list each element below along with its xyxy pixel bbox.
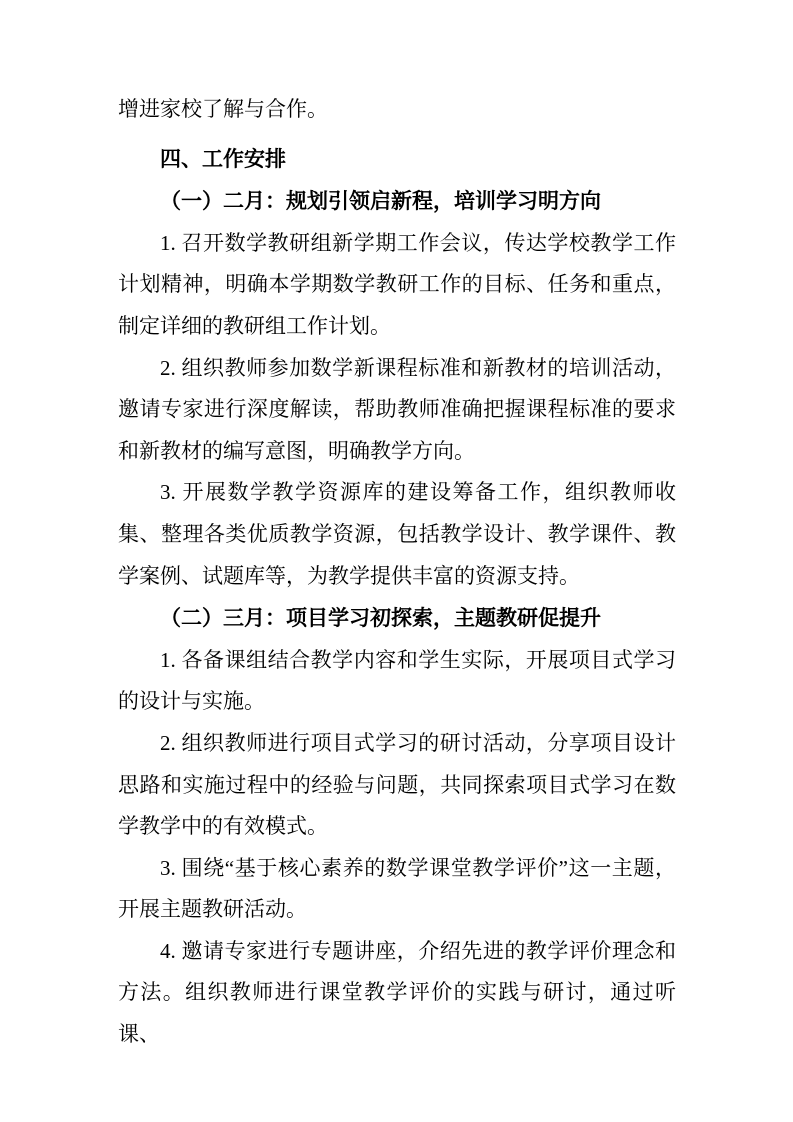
paragraph-mar-item-3: 3. 围绕“基于核心素养的数学课堂教学评价”这一主题，开展主题教研活动。 bbox=[118, 848, 676, 931]
paragraph-feb-item-3: 3. 开展数学教学资源库的建设筹备工作，组织教师收集、整理各类优质教学资源，包括… bbox=[118, 472, 676, 597]
subsection-heading-february: （一）二月：规划引领启新程，培训学习明方向 bbox=[118, 181, 676, 223]
paragraph-continuation: 增进家校了解与合作。 bbox=[118, 89, 676, 131]
paragraph-mar-item-1: 1. 各备课组结合教学内容和学生实际，开展项目式学习的设计与实施。 bbox=[118, 640, 676, 723]
subsection-heading-march: （二）三月：项目学习初探索，主题教研促提升 bbox=[118, 598, 676, 640]
paragraph-mar-item-4-cutoff: 4. 邀请专家进行专题讲座，介绍先进的教学评价理念和方法。组织教师进行课堂教学评… bbox=[118, 931, 676, 1056]
paragraph-feb-item-2: 2. 组织教师参加数学新课程标准和新教材的培训活动，邀请专家进行深度解读，帮助教… bbox=[118, 348, 676, 473]
section-heading-work-arrangement: 四、工作安排 bbox=[118, 139, 676, 181]
document-page: 增进家校了解与合作。 四、工作安排 （一）二月：规划引领启新程，培训学习明方向 … bbox=[0, 0, 793, 1122]
paragraph-mar-item-2: 2. 组织教师进行项目式学习的研讨活动，分享项目设计思路和实施过程中的经验与问题… bbox=[118, 723, 676, 848]
paragraph-feb-item-1: 1. 召开数学教研组新学期工作会议，传达学校教学工作计划精神，明确本学期数学教研… bbox=[118, 223, 676, 348]
